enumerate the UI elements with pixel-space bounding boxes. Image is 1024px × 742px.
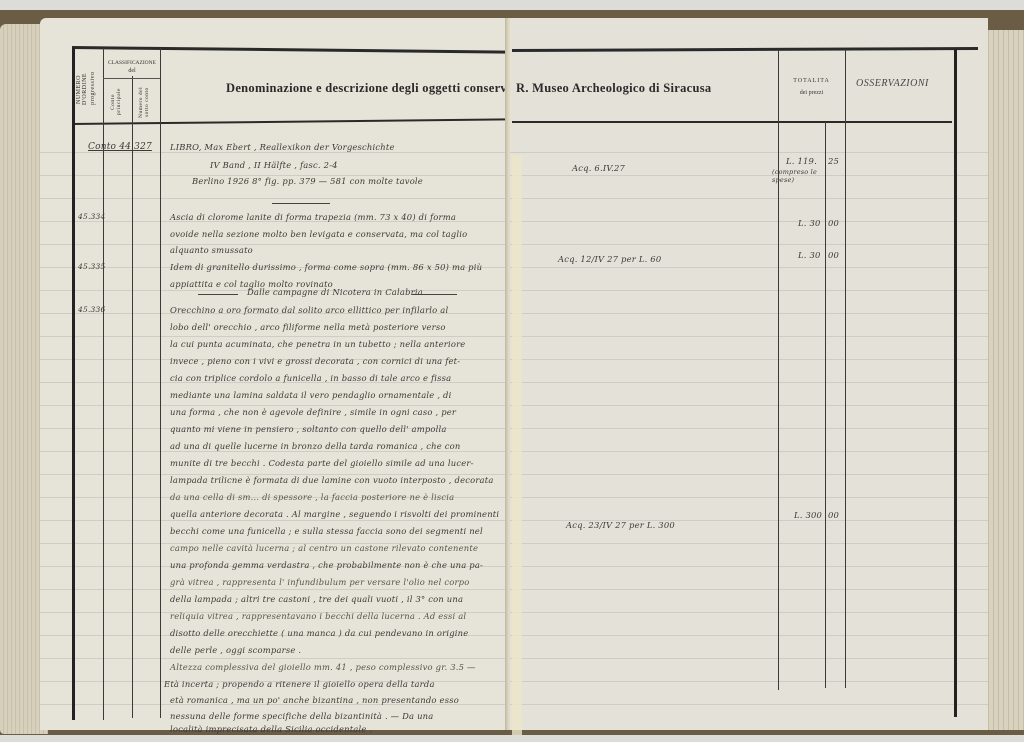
price-lire: L. 30 — [798, 250, 821, 260]
entry-line: età romanica , ma un po' anche bizantina… — [170, 695, 459, 705]
column-divider — [778, 50, 779, 690]
entry-number: Conto 44.327 — [88, 142, 152, 152]
left-page: NUMERO D'ORDINE progressivo CLASSIFICAZI… — [40, 18, 508, 730]
top-rule — [512, 47, 978, 52]
entry-line: Età incerta ; propendo a ritenere il gio… — [164, 679, 435, 689]
entry-number: 45.334 — [78, 212, 105, 221]
header-classificazione-sub: del — [104, 68, 160, 74]
entry-line: nessuna delle forme specifiche della biz… — [170, 711, 433, 721]
entry-line: una forma , che non è agevole definire ,… — [170, 407, 456, 417]
entry-line: campo nelle cavità lucerna ; al centro u… — [170, 543, 478, 553]
entry-line: invece , pieno con i vivi e grossi decor… — [170, 356, 460, 366]
section-rule-right — [412, 294, 457, 295]
header-totalita: TOTALITA — [778, 78, 845, 84]
entry-line: Berlino 1926 8° fig. pp. 379 — 581 con m… — [192, 176, 423, 186]
entry-line: Altezza complessiva del gioiello mm. 41 … — [170, 662, 476, 672]
entry-line: LIBRO, Max Ebert , Reallexikon der Vorge… — [170, 142, 395, 152]
section-rule-left — [198, 294, 238, 295]
column-divider — [132, 76, 133, 718]
acquisition-note: Acq. 12/IV 27 per L. 60 — [558, 254, 661, 264]
entry-line: quella anteriore decorata . Al margine ,… — [170, 509, 499, 519]
entry-line: ovoide nella sezione molto ben levigata … — [170, 229, 467, 239]
column-border — [72, 48, 75, 720]
price-cents: 00 — [828, 218, 839, 228]
price-cents: 00 — [828, 510, 839, 520]
price-cents: 00 — [828, 250, 839, 260]
entry-line: lampada trilicne è formata di due lamine… — [170, 475, 494, 485]
acquisition-note: Acq. 23/IV 27 per L. 300 — [566, 520, 675, 530]
entry-line: ad una di quelle lucerne in bronzo della… — [170, 441, 461, 451]
price-cents: 25 — [828, 156, 839, 166]
price-lire: L. 30 — [798, 218, 821, 228]
gutter-paper-strip — [512, 155, 522, 735]
entry-line: becchi come una funicella ; e sulla stes… — [170, 526, 483, 536]
entry-line: una profonda gemma verdastra , che proba… — [170, 560, 483, 570]
header-rule — [512, 121, 952, 123]
column-divider — [845, 50, 846, 688]
separator — [272, 203, 330, 204]
entry-line: grà vitrea , rappresenta l' infundibulum… — [170, 577, 469, 587]
entry-line: della lampada ; altri tre castoni , tre … — [170, 594, 463, 604]
entry-line: lobo dell' orecchio , arco filiforme nel… — [170, 322, 446, 332]
entry-line: cia con triplice cordolo a funicella , i… — [170, 373, 451, 383]
header-numero-sub: progressivo — [90, 63, 100, 113]
entry-line: Idem di granitello durissimo , forma com… — [170, 262, 482, 272]
header-title-right: R. Museo Archeologico di Siracusa — [516, 81, 711, 96]
open-ledger-book: NUMERO D'ORDINE progressivo CLASSIFICAZI… — [0, 10, 1024, 735]
header-osservazioni: OSSERVAZIONI — [856, 78, 929, 89]
entry-line: località imprecisata della Sicilia occid… — [170, 724, 372, 734]
entry-line: disotto delle orecchiette ( una manca ) … — [170, 628, 468, 638]
ruled-lines — [510, 130, 988, 710]
entry-line: Orecchino a oro formato dal solito arco … — [170, 305, 448, 315]
entry-line: munite di tre becchi . Codesta parte del… — [170, 458, 474, 468]
top-rule — [72, 46, 508, 53]
right-page-stack — [984, 30, 1024, 730]
price-lire: L. 300 — [794, 510, 822, 520]
header-sotto-conto: Numero del sotto conto — [138, 84, 156, 120]
header-classificazione: CLASSIFICAZIONE — [104, 60, 160, 66]
header-totalita-sub: dei prezzi — [778, 90, 845, 96]
class-subrule — [103, 78, 160, 79]
entry-line: Ascia di clorome lanite di forma trapezi… — [170, 212, 456, 222]
entry-line: la cui punta acuminata, che penetra in u… — [170, 339, 465, 349]
column-divider — [160, 48, 161, 718]
entry-number: 45.336 — [78, 305, 105, 314]
entry-line: alquanto smussato — [170, 245, 253, 255]
section-heading: Dalle campagne di Nicotera in Calabria — [247, 287, 423, 297]
column-border — [954, 49, 957, 717]
entry-line: mediante una lamina saldata il vero pend… — [170, 390, 451, 400]
entry-number: 45.335 — [78, 262, 105, 271]
entry-line: reliquia vitrea , rappresentavano i becc… — [170, 611, 466, 621]
entry-line: da una cella di sm... di spessore , la f… — [170, 492, 454, 502]
header-numero: NUMERO D'ORDINE — [76, 58, 88, 120]
entry-line: delle perle , oggi scomparse . — [170, 645, 301, 655]
acquisition-note: Acq. 6.IV.27 — [572, 163, 625, 173]
cents-divider — [825, 122, 826, 688]
price-lire: L. 119. — [786, 156, 817, 166]
entry-line: quanto mi viene in pensiero , soltanto c… — [170, 424, 447, 434]
entry-line: IV Band , II Hälfte , fasc. 2-4 — [210, 160, 338, 170]
header-conto: Conto principale — [110, 84, 128, 120]
right-page: R. Museo Archeologico di Siracusa TOTALI… — [510, 18, 988, 730]
header-title-left: Denominazione e descrizione degli oggett… — [226, 81, 542, 96]
price-note: (compreso le spese) — [772, 168, 832, 184]
